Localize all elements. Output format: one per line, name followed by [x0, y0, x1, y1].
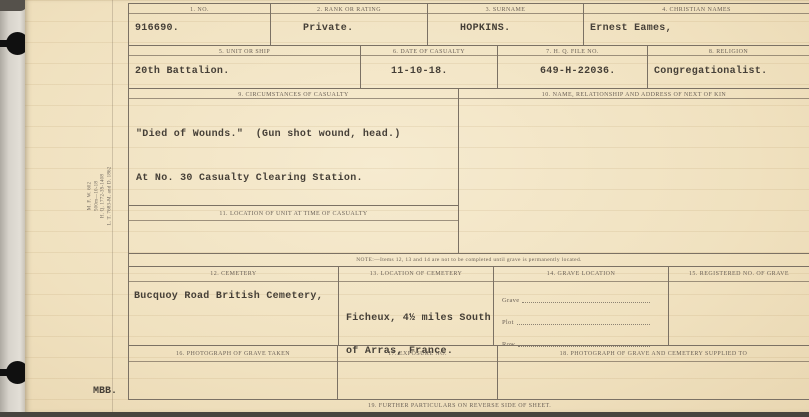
- form-number-stamp: M. F. W. 602 500m—10-18 H. Q. 1772-39-14…: [52, 148, 148, 244]
- field-photo-taken: 16. PHOTOGRAPH OF GRAVE TAKEN: [128, 345, 337, 399]
- grave-sublabel: Grave: [502, 297, 519, 304]
- field-next-of-kin: 10. NAME, RELATIONSHIP AND ADDRESS OF NE…: [458, 88, 809, 253]
- field-religion-label: 8. RELIGION: [648, 46, 809, 56]
- scanner-margin: [0, 0, 25, 417]
- field-photo-taken-label: 16. PHOTOGRAPH OF GRAVE TAKEN: [129, 346, 337, 362]
- field-cemetery: 12. CEMETERY Bucquoy Road British Cemete…: [128, 266, 338, 345]
- field-religion: 8. RELIGION Congregationalist.: [647, 45, 809, 88]
- cemetery-location-line-1: Ficheux, 4½ miles South: [346, 313, 493, 324]
- circumstances-line-2: At No. 30 Casualty Clearing Station.: [136, 173, 458, 184]
- footer-rule: [128, 399, 809, 400]
- field-rank-label: 2. RANK OR RATING: [271, 4, 427, 14]
- clerk-initials: MBB.: [93, 386, 117, 397]
- stamp-line-2: 500m—10-18: [94, 167, 101, 226]
- plot-row: Plot: [502, 314, 650, 326]
- field-unit-value: 20th Battalion.: [129, 56, 360, 77]
- grave-row: Grave: [502, 292, 650, 304]
- field-unit-location: 11. LOCATION OF UNIT AT TIME OF CASUALTY: [128, 205, 458, 253]
- field-cemetery-label: 12. CEMETERY: [129, 267, 338, 282]
- field-date-label: 6. DATE OF CASUALTY: [361, 46, 497, 56]
- field-photo-supplied: 18. PHOTOGRAPH OF GRAVE AND CEMETERY SUP…: [497, 345, 809, 399]
- field-unit-label: 5. UNIT OR SHIP: [129, 46, 360, 56]
- field-no-label: 1. NO.: [129, 4, 270, 14]
- field-circumstances: 9. CIRCUMSTANCES OF CASUALTY "Died of Wo…: [128, 88, 458, 205]
- field-hq-file-no: 7. H. Q. FILE NO. 649-H-22036.: [497, 45, 647, 88]
- field-photo-supplied-label: 18. PHOTOGRAPH OF GRAVE AND CEMETERY SUP…: [498, 346, 809, 362]
- field-hq-file-value: 649-H-22036.: [498, 56, 647, 77]
- field-next-of-kin-label: 10. NAME, RELATIONSHIP AND ADDRESS OF NE…: [459, 89, 809, 99]
- stamp-line-3: H. Q. 1772-39-1408: [100, 167, 107, 226]
- field-no-value: 916690.: [129, 14, 270, 34]
- field-registered-grave-no: 15. REGISTERED NO. OF GRAVE: [668, 266, 809, 345]
- field-date-of-casualty: 6. DATE OF CASUALTY 11-10-18.: [360, 45, 497, 88]
- field-religion-value: Congregationalist.: [648, 56, 809, 77]
- dotted-leader: [517, 324, 650, 325]
- field-no: 1. NO. 916690.: [128, 3, 270, 45]
- plot-sublabel: Plot: [502, 319, 514, 326]
- stamp-line-4: L. T. 7683-M. and D. 1862: [107, 167, 114, 226]
- stamp-line-1: M. F. W. 602: [87, 167, 94, 226]
- dotted-leader: [522, 302, 650, 303]
- field-exposure-no-label: 17. EXPOSURE NO.: [338, 346, 497, 362]
- scanned-casualty-register-card: 1. NO. 916690. 2. RANK OR RATING Private…: [0, 0, 809, 417]
- field-surname: 3. SURNAME HOPKINS.: [427, 3, 583, 45]
- field-exposure-no: 17. EXPOSURE NO.: [337, 345, 497, 399]
- field-rank-or-rating: 2. RANK OR RATING Private.: [270, 3, 427, 45]
- field-cemetery-location-label: 13. LOCATION OF CEMETERY: [339, 267, 493, 282]
- form-note: NOTE:—Items 12, 13 and 14 are not to be …: [128, 253, 809, 266]
- field-circumstances-label: 9. CIRCUMSTANCES OF CASUALTY: [129, 89, 458, 99]
- field-surname-value: HOPKINS.: [428, 14, 583, 34]
- field-grave-location: 14. GRAVE LOCATION Grave Plot Row: [493, 266, 668, 345]
- field-christian-names-value: Ernest Eames,: [584, 14, 809, 34]
- scan-bottom-edge: [0, 412, 809, 417]
- field-cemetery-location: 13. LOCATION OF CEMETERY Ficheux, 4½ mil…: [338, 266, 493, 345]
- field-registered-grave-no-label: 15. REGISTERED NO. OF GRAVE: [669, 267, 809, 282]
- field-unit-or-ship: 5. UNIT OR SHIP 20th Battalion.: [128, 45, 360, 88]
- field-cemetery-value: Bucquoy Road British Cemetery,: [129, 282, 338, 302]
- field-unit-location-label: 11. LOCATION OF UNIT AT TIME OF CASUALTY: [129, 206, 458, 221]
- scan-corner-shadow: [0, 0, 27, 11]
- field-surname-label: 3. SURNAME: [428, 4, 583, 14]
- footer-note: 19. FURTHER PARTICULARS ON REVERSE SIDE …: [368, 403, 551, 409]
- field-date-value: 11-10-18.: [361, 56, 497, 77]
- field-rank-value: Private.: [271, 14, 427, 34]
- field-christian-names: 4. CHRISTIAN NAMES Ernest Eames,: [583, 3, 809, 45]
- field-hq-file-label: 7. H. Q. FILE NO.: [498, 46, 647, 56]
- field-christian-names-label: 4. CHRISTIAN NAMES: [584, 4, 809, 14]
- circumstances-line-1: "Died of Wounds." (Gun shot wound, head.…: [136, 129, 458, 140]
- field-grave-location-label: 14. GRAVE LOCATION: [494, 267, 668, 282]
